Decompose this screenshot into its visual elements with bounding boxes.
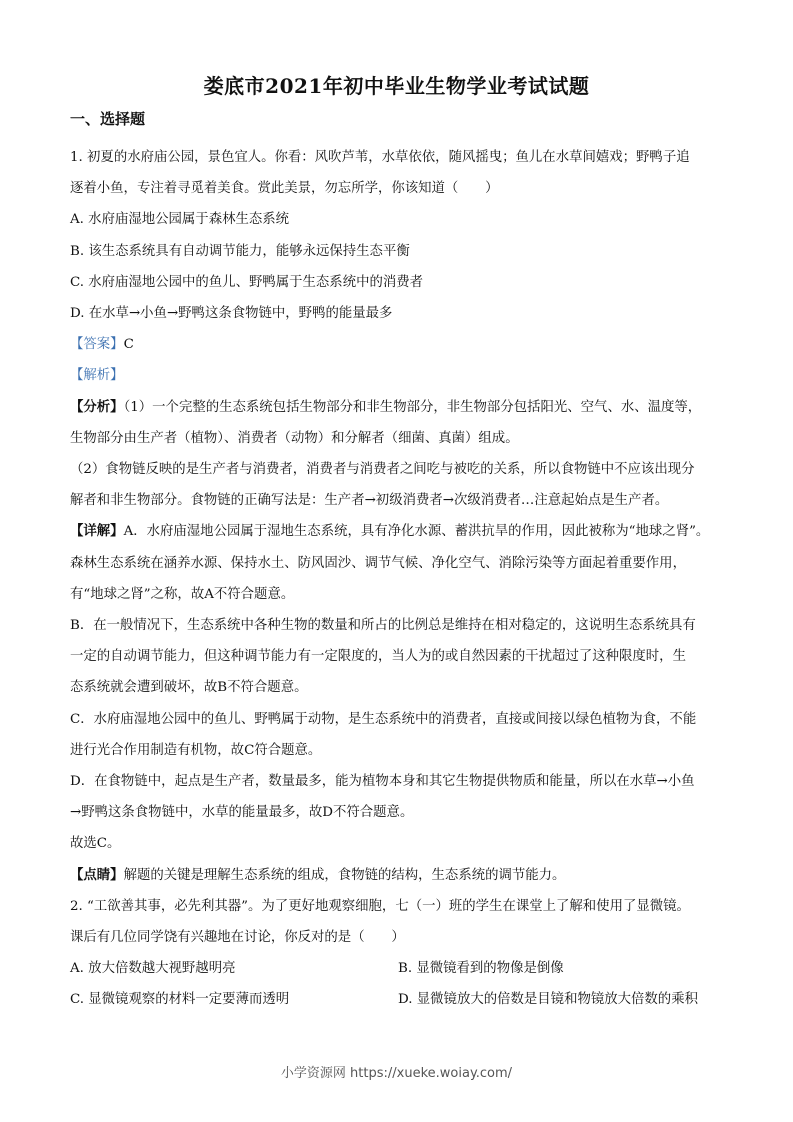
q1-option-a: A. 水府庙湿地公园属于森林生态系统 <box>70 204 726 235</box>
dianjing-label: 【点睛】 <box>70 867 124 883</box>
answer-value: C <box>124 337 134 352</box>
q1-option-b: B. 该生态系统具有自动调节能力，能够永远保持生态平衡 <box>70 236 726 267</box>
q2-options-row: A. 放大倍数越大视野越明亮 B. 显微镜看到的物像是倒像 <box>70 953 726 984</box>
section-heading: 一、选择题 <box>70 108 145 129</box>
detail-line: 态系统就会遭到破坏，故B不符合题意。 <box>70 672 726 703</box>
q1-stem-line: 1. 初夏的水府庙公园，景色宜人。你看：风吹芦苇，水草依依，随风摇曳；鱼儿在水草… <box>70 142 726 173</box>
fenxi-line: 【分析】（1）一个完整的生态系统包括生物部分和非生物部分，非生物部分包括阳光、空… <box>70 392 726 423</box>
fenxi-text: （1）一个完整的生态系统包括生物部分和非生物部分，非生物部分包括阳光、空气、水、… <box>124 400 702 415</box>
detail-line: 森林生态系统在涵养水源、保持水土、防风固沙、调节气候、净化空气、消除污染等方面起… <box>70 548 726 579</box>
q1-stem-line: 逐着小鱼，专注着寻觅着美食。赏此美景，勿忘所学，你该知道（ ） <box>70 173 726 204</box>
q2-option-d: D. 显微镜放大的倍数是目镜和物镜放大倍数的乘积 <box>398 984 726 1015</box>
content: 1. 初夏的水府庙公园，景色宜人。你看：风吹芦苇，水草依依，随风摇曳；鱼儿在水草… <box>70 142 726 1016</box>
fenxi-line: （2）食物链反映的是生产者与消费者，消费者与消费者之间吃与被吃的关系，所以食物链… <box>70 454 726 485</box>
q2-stem-line: 2. “工欲善其事，必先利其器”。为了更好地观察细胞，七（一）班的学生在课堂上了… <box>70 891 726 922</box>
detail-line: B．在一般情况下，生态系统中各种生物的数量和所占的比例总是维持在相对稳定的，这说… <box>70 610 726 641</box>
question-1: 1. 初夏的水府庙公园，景色宜人。你看：风吹芦苇，水草依依，随风摇曳；鱼儿在水草… <box>70 142 726 891</box>
analysis-label: 【解析】 <box>70 368 124 383</box>
conclusion: 故选C。 <box>70 828 726 859</box>
q1-option-c: C. 水府庙湿地公园中的鱼儿、野鸭属于生态系统中的消费者 <box>70 267 726 298</box>
q2-options-row: C. 显微镜观察的材料一定要薄而透明 D. 显微镜放大的倍数是目镜和物镜放大倍数… <box>70 984 726 1015</box>
footer-watermark: 小学资源网 https://xueke.woiay.com/ <box>0 1062 793 1081</box>
page-title: 娄底市2021年初中毕业生物学业考试试题 <box>0 70 793 99</box>
dianjing-text: 解题的关键是理解生态系统的组成，食物链的结构，生态系统的调节能力。 <box>124 868 566 883</box>
detail-line: 一定的自动调节能力，但这种调节能力有一定限度的，当人为的或自然因素的干扰超过了这… <box>70 641 726 672</box>
q2-stem-line: 课后有几位同学饶有兴趣地在讨论，你反对的是（ ） <box>70 922 726 953</box>
question-2: 2. “工欲善其事，必先利其器”。为了更好地观察细胞，七（一）班的学生在课堂上了… <box>70 891 726 1016</box>
q2-option-a: A. 放大倍数越大视野越明亮 <box>70 953 398 984</box>
fenxi-label: 【分析】 <box>70 399 124 415</box>
answer-line: 【答案】C <box>70 329 726 360</box>
document-page: 娄底市2021年初中毕业生物学业考试试题 一、选择题 1. 初夏的水府庙公园，景… <box>0 0 793 1122</box>
detail-line: C．水府庙湿地公园中的鱼儿、野鸭属于动物，是生态系统中的消费者，直接或间接以绿色… <box>70 704 726 735</box>
detail-text: A．水府庙湿地公园属于湿地生态系统，具有净化水源、蓄洪抗旱的作用，因此被称为“地… <box>124 524 710 539</box>
q1-option-d: D. 在水草→小鱼→野鸭这条食物链中，野鸭的能量最多 <box>70 298 726 329</box>
detail-line: →野鸭这条食物链中，水草的能量最多，故D不符合题意。 <box>70 797 726 828</box>
dianjing-line: 【点睛】解题的关键是理解生态系统的组成，食物链的结构，生态系统的调节能力。 <box>70 860 726 891</box>
q2-option-c: C. 显微镜观察的材料一定要薄而透明 <box>70 984 398 1015</box>
q2-option-b: B. 显微镜看到的物像是倒像 <box>398 953 726 984</box>
analysis-line: 【解析】 <box>70 360 726 391</box>
answer-label: 【答案】 <box>70 337 124 352</box>
detail-line: 进行光合作用制造有机物，故C符合题意。 <box>70 735 726 766</box>
xiangjie-label: 【详解】 <box>70 523 124 539</box>
detail-line: 有“地球之肾”之称，故A不符合题意。 <box>70 579 726 610</box>
detail-line: 【详解】A．水府庙湿地公园属于湿地生态系统，具有净化水源、蓄洪抗旱的作用，因此被… <box>70 516 726 547</box>
fenxi-line: 解者和非生物部分。食物链的正确写法是：生产者→初级消费者→次级消费者…注意起始点… <box>70 485 726 516</box>
fenxi-line: 生物部分由生产者（植物）、消费者（动物）和分解者（细菌、真菌）组成。 <box>70 423 726 454</box>
detail-line: D．在食物链中，起点是生产者，数量最多，能为植物本身和其它生物提供物质和能量，所… <box>70 766 726 797</box>
